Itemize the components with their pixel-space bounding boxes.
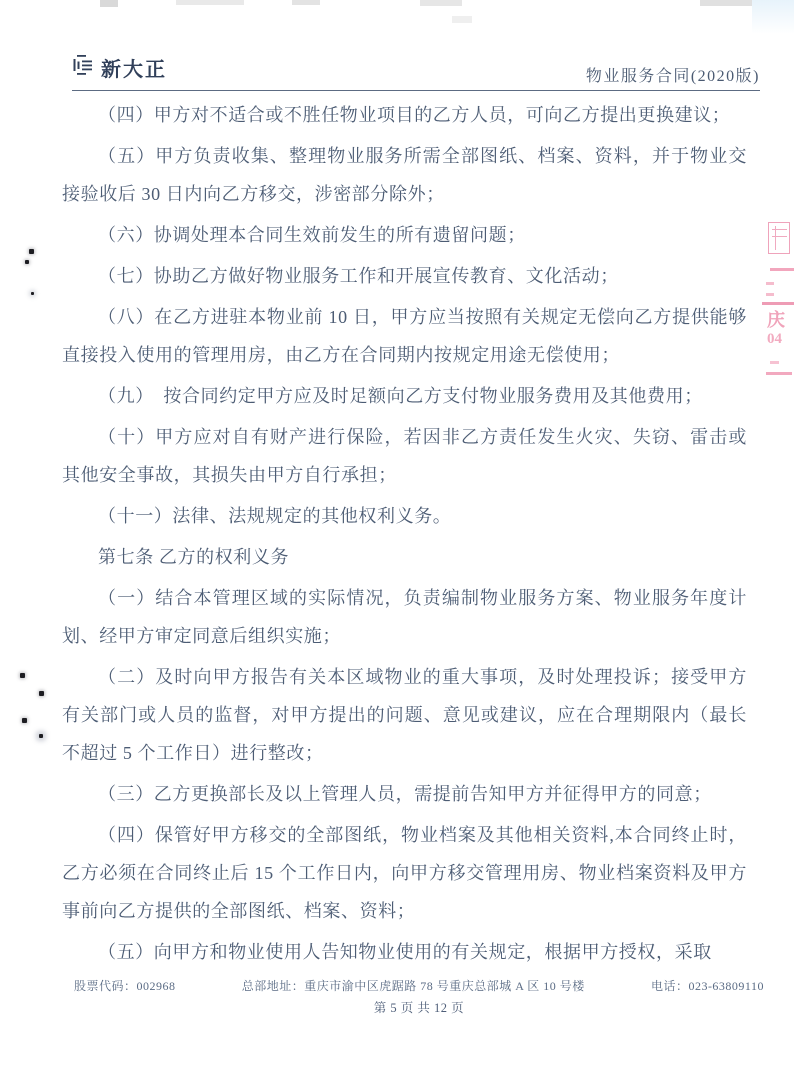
red-seal-fragment-box <box>768 222 790 254</box>
page-header: 新大正 物业服务合同(2020版) <box>72 48 760 91</box>
company-logo: 新大正 <box>72 53 167 90</box>
contract-paragraph: （六）协调处理本合同生效前发生的所有遗留问题； <box>62 216 747 254</box>
scan-artifact-dot <box>39 734 43 738</box>
scan-artifact-smudge <box>700 0 760 6</box>
scan-artifact-blue-tint <box>752 0 794 34</box>
page-number: 第 5 页 共 12 页 <box>74 998 764 1016</box>
contract-paragraph: 第七条 乙方的权利义务 <box>62 538 747 576</box>
contract-paragraph: （十一）法律、法规规定的其他权利义务。 <box>62 497 747 535</box>
contract-paragraph: （七）协助乙方做好物业服务工作和开展宣传教育、文化活动； <box>62 257 747 295</box>
scan-artifact-dot <box>39 691 44 696</box>
red-seal-fragment-line <box>762 302 794 305</box>
contract-paragraph: （一）结合本管理区域的实际情况，负责编制物业服务方案、物业服务年度计划、经甲方审… <box>62 579 747 655</box>
footer-info-row: 股票代码：002968 总部地址：重庆市渝中区虎踞路 78 号重庆总部城 A 区… <box>74 977 764 994</box>
red-seal-fragment-char: 庆 <box>767 310 785 330</box>
contract-paragraph: （九） 按合同约定甲方应及时足额向乙方支付物业服务费用及其他费用； <box>62 377 747 415</box>
scan-artifact-dot <box>20 673 25 678</box>
red-seal-fragment-dash <box>770 268 794 271</box>
red-seal-fragment-tick <box>766 282 774 285</box>
contract-page: 新大正 物业服务合同(2020版) （四）甲方对不适合或不胜任物业项目的乙方人员… <box>0 0 794 1078</box>
contract-paragraph: （三）乙方更换部长及以上管理人员，需提前告知甲方并征得甲方的同意； <box>62 775 747 813</box>
scan-artifact-smudge <box>452 16 472 23</box>
scan-artifact-dot <box>22 718 27 723</box>
contract-paragraph: （四）甲方对不适合或不胜任物业项目的乙方人员，可向乙方提出更换建议； <box>62 96 747 134</box>
contract-paragraph: （四）保管好甲方移交的全部图纸，物业档案及其他相关资料,本合同终止时，乙方必须在… <box>62 816 747 930</box>
document-title: 物业服务合同(2020版) <box>586 63 760 90</box>
scan-artifact-dot <box>29 249 34 254</box>
red-seal-fragment-tick <box>766 293 774 296</box>
phone-number: 电话：023-63809110 <box>651 977 764 994</box>
red-seal-fragment-tick <box>770 361 779 364</box>
page-footer: 股票代码：002968 总部地址：重庆市渝中区虎踞路 78 号重庆总部城 A 区… <box>74 977 764 1016</box>
contract-paragraph: （五）向甲方和物业使用人告知物业使用的有关规定，根据甲方授权，采取 <box>62 933 747 971</box>
xindazheng-brand-icon <box>72 54 94 81</box>
contract-paragraph: （五）甲方负责收集、整理物业服务所需全部图纸、档案、资料，并于物业交接验收后 3… <box>62 137 747 213</box>
scan-artifact-dot <box>31 292 34 295</box>
contract-paragraph: （八）在乙方进驻本物业前 10 日，甲方应当按照有关规定无偿向乙方提供能够直接投… <box>62 298 747 374</box>
scan-artifact-smudge <box>420 0 462 6</box>
contract-paragraph: （二）及时向甲方报告有关本区域物业的重大事项，及时处理投诉；接受甲方有关部门或人… <box>62 658 747 772</box>
stock-code: 股票代码：002968 <box>74 977 176 994</box>
scan-artifact-dot <box>25 260 29 264</box>
scan-artifact-smudge <box>100 0 118 7</box>
hq-address: 总部地址：重庆市渝中区虎踞路 78 号重庆总部城 A 区 10 号楼 <box>176 977 651 994</box>
scan-artifact-smudge <box>292 0 320 5</box>
red-seal-fragment-number: 04 <box>767 331 782 348</box>
contract-paragraph: （十）甲方应对自有财产进行保险，若因非乙方责任发生火灾、失窃、雷击或其他安全事故… <box>62 418 747 494</box>
scan-artifact-smudge <box>176 0 244 5</box>
red-seal-fragment-line <box>766 372 792 375</box>
contract-body: （四）甲方对不适合或不胜任物业项目的乙方人员，可向乙方提出更换建议；（五）甲方负… <box>62 96 747 974</box>
company-name: 新大正 <box>101 53 167 82</box>
